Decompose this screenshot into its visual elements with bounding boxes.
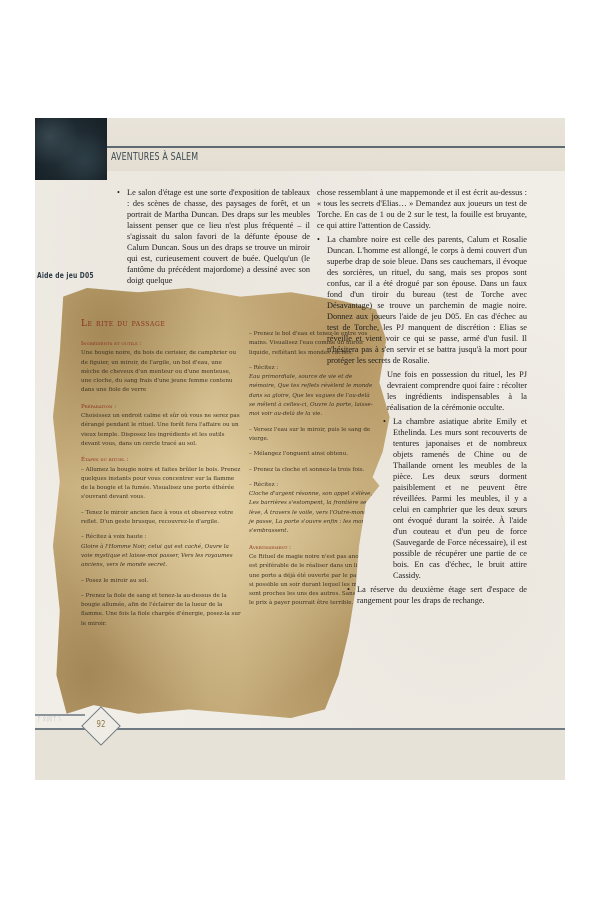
body-column-2: chose ressemblant à une mappemonde et il… bbox=[317, 187, 527, 609]
book-page: Aventures à Salem Le salon d'étage est u… bbox=[35, 118, 565, 780]
handout-step: – Posez le miroir au sol. bbox=[81, 577, 241, 586]
header-band bbox=[35, 118, 565, 171]
handout-section-heading: Préparation : bbox=[81, 403, 241, 412]
body-paragraph: La chambre noire est celle des parents, … bbox=[317, 234, 527, 366]
handout-step: – Tenez le miroir ancien face à vous et … bbox=[81, 509, 241, 528]
handout-label: Aide de jeu D05 bbox=[37, 271, 94, 280]
handout-step: – Allumez la bougie noire et faites brûl… bbox=[81, 466, 241, 503]
handout-column-1: Ingrédients et outils : Une bougie noire… bbox=[81, 340, 241, 629]
page-number: 92 bbox=[91, 719, 111, 730]
handout-title: Le rite du passage bbox=[81, 320, 165, 329]
body-paragraph: Le salon d'étage est une sorte d'exposit… bbox=[117, 187, 310, 286]
footer-glyph-ornament: ᚨᛟᛞᛉᛊ bbox=[37, 715, 63, 723]
body-column-1: Le salon d'étage est une sorte d'exposit… bbox=[117, 187, 310, 289]
body-paragraph: La réserve du deuxième étage sert d'espa… bbox=[347, 584, 527, 606]
running-header-title: Aventures à Salem bbox=[111, 150, 198, 163]
handout-step: – Prenez la fiole de sang et tenez-la au… bbox=[81, 592, 241, 629]
handout-incantation: Gloire à l'Homme Noir, celui qui est cac… bbox=[81, 543, 241, 571]
body-paragraph: chose ressemblant à une mappemonde et il… bbox=[317, 187, 527, 231]
handout-section-heading: Ingrédients et outils : bbox=[81, 340, 241, 349]
body-paragraph: Une fois en possession du rituel, les PJ… bbox=[387, 369, 527, 413]
handout-text: Choisissez un endroit calme et sûr où vo… bbox=[81, 412, 241, 449]
handout-section-heading: Étapes du rituel : bbox=[81, 456, 241, 465]
footer-band bbox=[35, 730, 565, 780]
handout-step: – Récitez à voix haute : bbox=[81, 533, 241, 542]
header-rule bbox=[107, 146, 565, 148]
header-texture-block bbox=[35, 118, 107, 180]
body-paragraph: La chambre asiatique abrite Emily et Eth… bbox=[383, 416, 527, 581]
handout-text: Une bougie noire, du bois de cerisier, d… bbox=[81, 349, 241, 395]
